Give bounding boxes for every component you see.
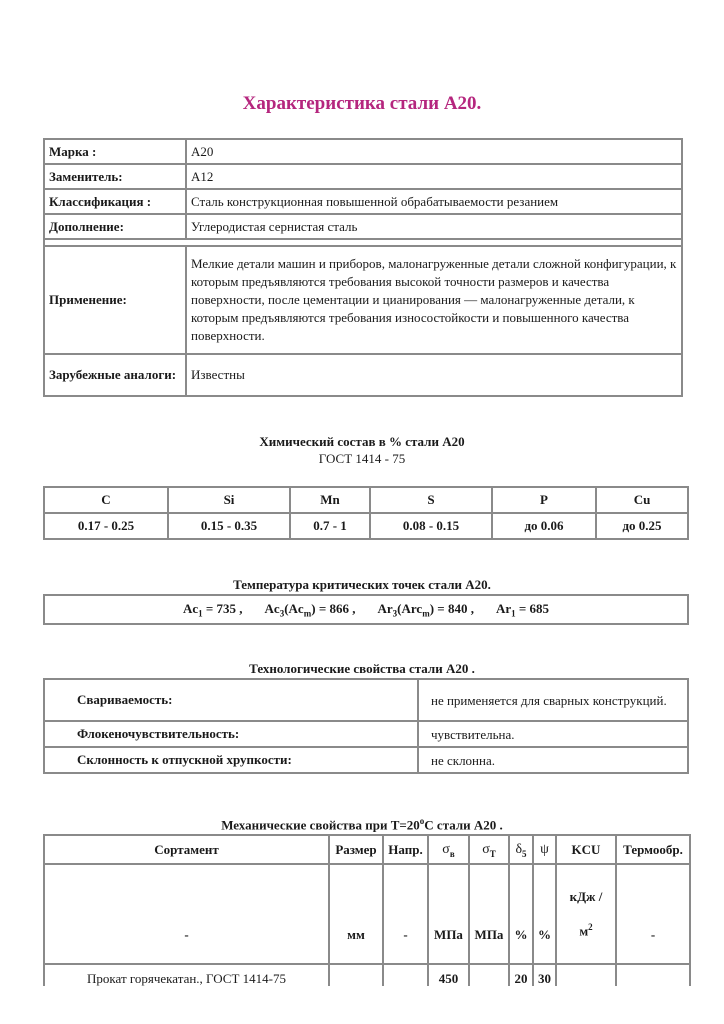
classification-label: Классификация : xyxy=(44,189,186,214)
critical-point-ac3: Ac3(Acm) = 866 , xyxy=(265,601,356,619)
critical-points-title: Температура критических точек стали А20. xyxy=(0,577,724,593)
characteristics-table: Марка : А20 Заменитель: А12 Классификаци… xyxy=(43,138,683,397)
header-direction: Напр. xyxy=(383,835,428,864)
substitute-label: Заменитель: xyxy=(44,164,186,189)
weldability-value: не применяется для сварных конструкций. xyxy=(418,679,688,721)
addition-value: Углеродистая сернистая сталь xyxy=(186,214,682,239)
table-row: Флокеночувствительность: чувствительна. xyxy=(44,721,688,747)
unit-delta: % xyxy=(509,864,533,964)
chemical-standard: ГОСТ 1414 - 75 xyxy=(0,451,724,467)
value-s: 0.08 - 0.15 xyxy=(370,513,492,539)
page-cutoff xyxy=(0,986,724,1024)
table-header-row: C Si Mn S P Cu xyxy=(44,487,688,513)
header-heat-treatment: Термообр. xyxy=(616,835,690,864)
application-label: Применение: xyxy=(44,246,186,354)
temper-brittleness-label: Склонность к отпускной хрупкости: xyxy=(44,747,418,773)
header-si: Si xyxy=(168,487,290,513)
unit-sigma-t: МПа xyxy=(469,864,509,964)
header-kcu: KCU xyxy=(556,835,616,864)
addition-label: Дополнение: xyxy=(44,214,186,239)
table-row: Дополнение: Углеродистая сернистая сталь xyxy=(44,214,682,239)
foreign-analogs-value: Известны xyxy=(186,354,682,396)
unit-size: мм xyxy=(329,864,383,964)
header-sortament: Сортамент xyxy=(44,835,329,864)
value-si: 0.15 - 0.35 xyxy=(168,513,290,539)
header-s: S xyxy=(370,487,492,513)
header-size: Размер xyxy=(329,835,383,864)
header-cu: Cu xyxy=(596,487,688,513)
unit-direction: - xyxy=(383,864,428,964)
substitute-value: А12 xyxy=(186,164,682,189)
spacer-row xyxy=(44,239,682,246)
unit-sortament: - xyxy=(44,864,329,964)
header-sigma-v: σв xyxy=(428,835,469,864)
technological-table: Свариваемость: не применяется для сварны… xyxy=(43,678,689,774)
foreign-analogs-label: Зарубежные аналоги: xyxy=(44,354,186,396)
unit-kcu: кДж /м2 xyxy=(556,864,616,964)
chemical-table: C Si Mn S P Cu 0.17 - 0.25 0.15 - 0.35 0… xyxy=(43,486,689,540)
critical-point-ar3: Ar3(Arcm) = 840 , xyxy=(377,601,473,619)
unit-heat-treatment: - xyxy=(616,864,690,964)
table-row: Классификация : Сталь конструкционная по… xyxy=(44,189,682,214)
table-row: Применение: Мелкие детали машин и прибор… xyxy=(44,246,682,354)
table-row: Заменитель: А12 xyxy=(44,164,682,189)
value-c: 0.17 - 0.25 xyxy=(44,513,168,539)
table-row: 0.17 - 0.25 0.15 - 0.35 0.7 - 1 0.08 - 0… xyxy=(44,513,688,539)
classification-value: Сталь конструкционная повышенной обрабат… xyxy=(186,189,682,214)
table-header-row: Сортамент Размер Напр. σв σT δ5 ψ KCU Те… xyxy=(44,835,690,864)
header-sigma-t: σT xyxy=(469,835,509,864)
units-row: - мм - МПа МПа % % кДж /м2 - xyxy=(44,864,690,964)
grade-value: А20 xyxy=(186,139,682,164)
value-cu: до 0.25 xyxy=(596,513,688,539)
header-psi: ψ xyxy=(533,835,556,864)
mechanical-title: Механические свойства при Т=20oС стали А… xyxy=(0,816,724,833)
unit-sigma-v: МПа xyxy=(428,864,469,964)
header-mn: Mn xyxy=(290,487,370,513)
temper-brittleness-value: не склонна. xyxy=(418,747,688,773)
weldability-label: Свариваемость: xyxy=(44,679,418,721)
table-row: Свариваемость: не применяется для сварны… xyxy=(44,679,688,721)
header-delta: δ5 xyxy=(509,835,533,864)
flake-sensitivity-label: Флокеночувствительность: xyxy=(44,721,418,747)
header-p: P xyxy=(492,487,596,513)
critical-point-ar1: Ar1 = 685 xyxy=(496,601,549,619)
unit-psi: % xyxy=(533,864,556,964)
grade-label: Марка : xyxy=(44,139,186,164)
spacer-cell xyxy=(44,239,682,246)
value-p: до 0.06 xyxy=(492,513,596,539)
application-value: Мелкие детали машин и приборов, малонагр… xyxy=(186,246,682,354)
chemical-title: Химический состав в % стали А20 xyxy=(0,434,724,450)
value-mn: 0.7 - 1 xyxy=(290,513,370,539)
page-title: Характеристика стали А20. xyxy=(0,93,724,115)
technological-title: Технологические свойства стали А20 . xyxy=(0,661,724,677)
table-row: Марка : А20 xyxy=(44,139,682,164)
header-c: C xyxy=(44,487,168,513)
table-row: Зарубежные аналоги: Известны xyxy=(44,354,682,396)
critical-points-box: Ac1 = 735 , Ac3(Acm) = 866 , Ar3(Arcm) =… xyxy=(43,594,689,625)
table-row: Склонность к отпускной хрупкости: не скл… xyxy=(44,747,688,773)
flake-sensitivity-value: чувствительна. xyxy=(418,721,688,747)
critical-point-ac1: Ac1 = 735 , xyxy=(183,601,243,619)
